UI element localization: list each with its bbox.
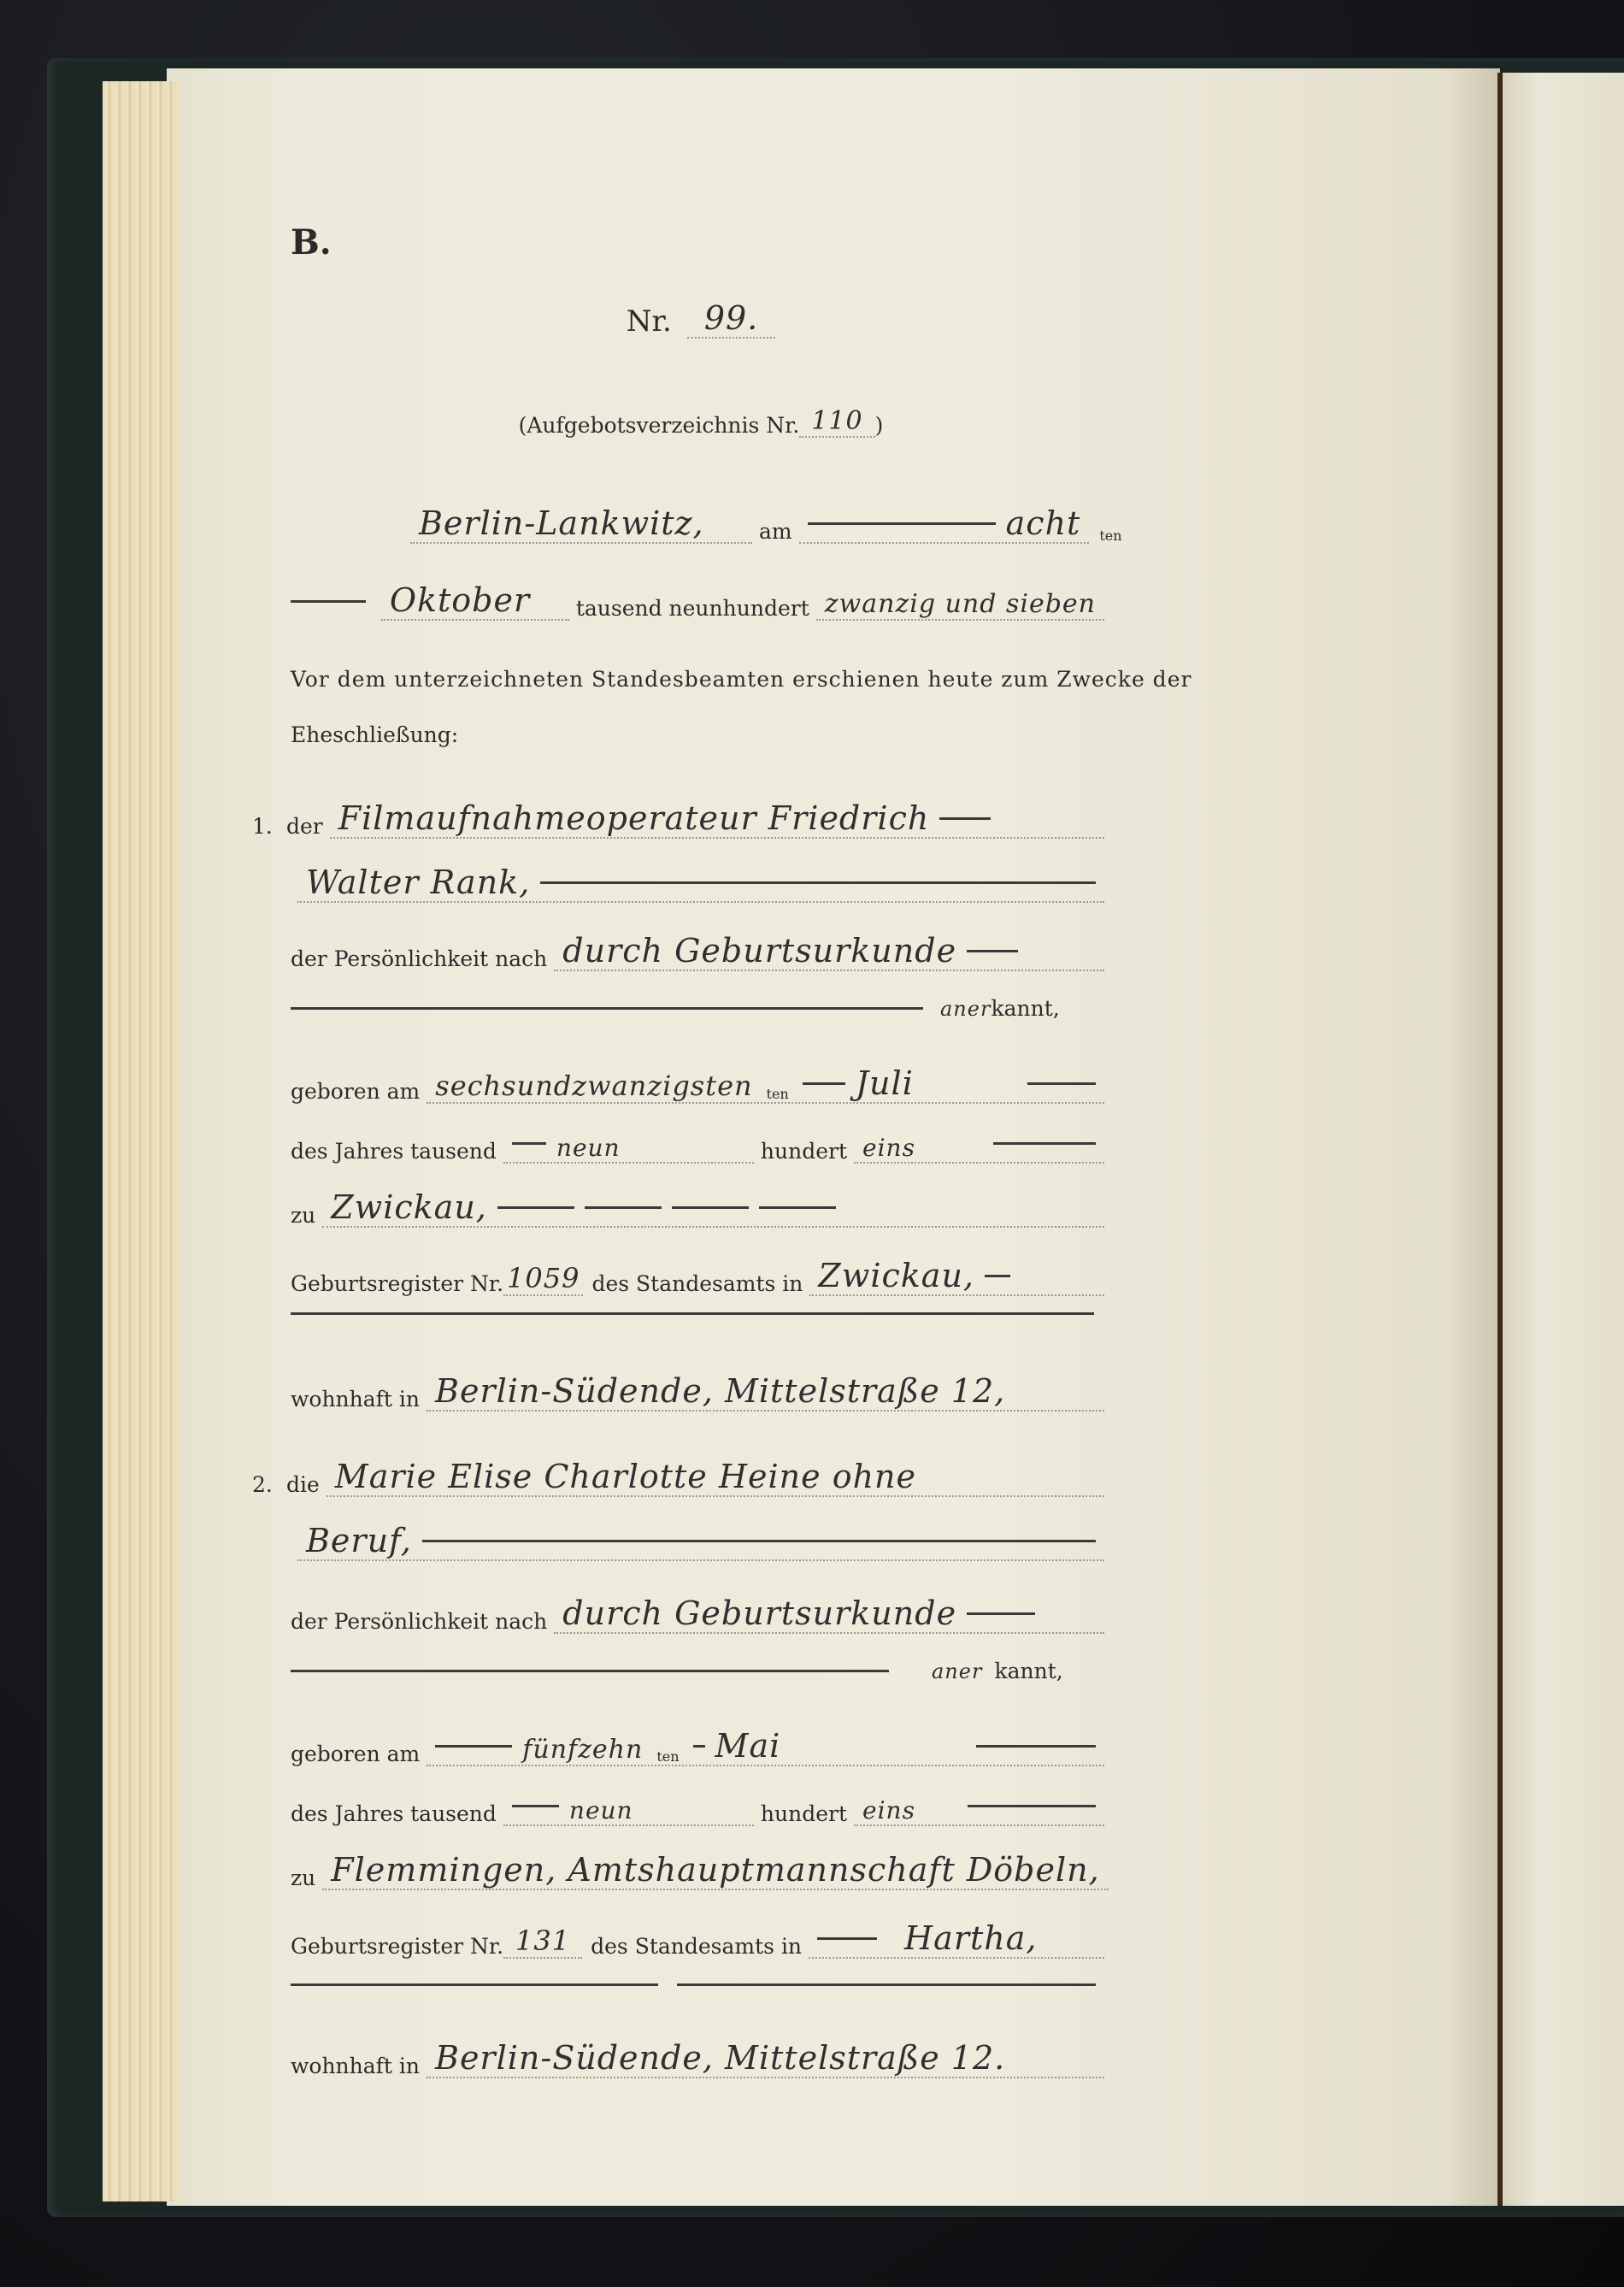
bride-blank-row <box>291 1983 1111 1986</box>
bride-year-tail-field: eins <box>854 1787 1104 1826</box>
bride-birthplace-row: zu Flemmingen, Amtshauptmannschaft Döbel… <box>291 1851 1111 1890</box>
filler-dash <box>677 1983 1096 1986</box>
filler-dash <box>291 600 366 603</box>
groom-year-label: des Jahres tausend <box>291 1139 497 1164</box>
groom-born-month: Juli <box>856 1064 914 1102</box>
intro-text-2: Eheschließung: <box>291 722 458 747</box>
groom-residence-label: wohnhaft in <box>291 1387 420 1412</box>
groom-born-day-suffix: ten <box>767 1086 789 1102</box>
banns-register-label: (Aufgebotsverzeichnis Nr. <box>519 413 800 438</box>
groom-name-row-1: 1. der Filmaufnahmeoperateur Friedrich <box>252 799 1111 839</box>
groom-born-row: geboren am sechsundzwanzigsten ten Juli <box>291 1064 1111 1104</box>
groom-identity-field: durch Geburtsurkunde <box>554 932 1104 971</box>
bride-known-prefix: aner <box>932 1659 982 1683</box>
page-edges <box>103 81 179 2202</box>
bride-residence: Berlin-Südende, Mittelstraße 12. <box>435 2039 1005 2077</box>
filler-dash <box>967 1612 1035 1615</box>
groom-registry-office-label: des Standesamts in <box>591 1271 803 1296</box>
bride-identity-label: der Persönlichkeit nach <box>291 1609 547 1634</box>
bride-identity-row: der Persönlichkeit nach durch Geburtsurk… <box>291 1594 1111 1634</box>
filler-dash <box>512 1142 546 1145</box>
bride-name-field-2: Beruf, <box>297 1522 1104 1561</box>
bride-year-field: neun <box>503 1787 754 1826</box>
filler-dash <box>817 1937 877 1940</box>
bride-identity-field: durch Geburtsurkunde <box>554 1594 1104 1634</box>
banns-register-row: (Aufgebotsverzeichnis Nr. 110 ) <box>291 406 1111 438</box>
groom-article: der <box>286 814 323 839</box>
bride-born-row: geboren am fünfzehn ten Mai <box>291 1727 1111 1766</box>
intro-line-2: Eheschließung: <box>291 722 1111 747</box>
bride-name-row-2: Beruf, <box>291 1522 1111 1561</box>
intro-text-1: Vor dem unterzeichneten Standesbeamten e… <box>291 667 1192 692</box>
groom-hundert-label: hundert <box>761 1139 847 1164</box>
month-value: Oktober <box>390 581 530 619</box>
bride-registry-office-field: Hartha, <box>809 1919 1104 1959</box>
groom-residence: Berlin-Südende, Mittelstraße 12, <box>435 1372 1005 1410</box>
filler-dash <box>985 1275 1010 1277</box>
filler-dash <box>422 1540 1096 1542</box>
intro-line-1: Vor dem unterzeichneten Standesbeamten e… <box>291 667 1111 692</box>
bride-index: 2. <box>252 1472 286 1497</box>
bride-born-label: geboren am <box>291 1742 420 1766</box>
day-suffix: ten <box>1099 528 1121 544</box>
year-prefix: tausend neunhundert <box>576 596 809 621</box>
groom-year-tail: eins <box>862 1134 915 1162</box>
filler-dash <box>672 1206 749 1209</box>
bride-birth-register-row: Geburtsregister Nr. 131 des Standesamts … <box>291 1919 1111 1959</box>
bride-known-row: aner kannt, <box>291 1659 1111 1683</box>
banns-register-close: ) <box>875 413 884 438</box>
groom-birth-register-number: 1059 <box>503 1262 583 1296</box>
groom-known-row: aner kannt, <box>291 996 1111 1021</box>
number-label: Nr. <box>627 304 672 339</box>
groom-name-field: Filmaufnahmeoperateur Friedrich <box>330 799 1104 839</box>
bride-identity-value: durch Geburtsurkunde <box>562 1594 956 1632</box>
month-field: Oktober <box>381 581 569 621</box>
bride-registry-office: Hartha, <box>904 1919 1037 1957</box>
bride-born-month: Mai <box>715 1727 781 1765</box>
groom-known-suffix: kannt, <box>991 996 1059 1021</box>
filler-dash <box>497 1206 574 1209</box>
filler-dash <box>803 1082 845 1085</box>
groom-registry-office-field: Zwickau, <box>809 1257 1104 1296</box>
bride-name-row-1: 2. die Marie Elise Charlotte Heine ohne <box>252 1458 1111 1497</box>
bride-year-row: des Jahres tausend neun hundert eins <box>291 1787 1111 1826</box>
filler-dash <box>808 522 996 525</box>
groom-year-row: des Jahres tausend neun hundert eins <box>291 1124 1111 1164</box>
groom-identity-row: der Persönlichkeit nach durch Geburtsurk… <box>291 932 1111 971</box>
groom-residence-row: wohnhaft in Berlin-Südende, Mittelstraße… <box>291 1372 1111 1412</box>
year-value: zwanzig und sieben <box>825 589 1096 619</box>
record-number-row: Nr. 99. <box>291 299 1111 339</box>
year-field: zwanzig und sieben <box>816 581 1104 621</box>
groom-born-label: geboren am <box>291 1079 420 1104</box>
bride-born-day-suffix: ten <box>656 1748 679 1765</box>
filler-dash <box>291 1312 1094 1315</box>
banns-register-number: 110 <box>799 406 874 438</box>
filler-dash <box>291 1007 923 1010</box>
bride-place-label: zu <box>291 1866 315 1890</box>
groom-birth-register-label: Geburtsregister Nr. <box>291 1271 503 1296</box>
filler-dash <box>585 1206 662 1209</box>
groom-born-field: sechsundzwanzigsten ten Juli <box>427 1064 1104 1104</box>
place-date-row: Berlin-Lankwitz, am acht ten <box>291 504 1111 544</box>
groom-blank-row <box>291 1312 1111 1315</box>
bride-hundert-label: hundert <box>761 1801 847 1826</box>
bride-year-label: des Jahres tausend <box>291 1801 497 1826</box>
filler-dash <box>967 950 1018 952</box>
bride-name-line-2: Beruf, <box>306 1522 412 1559</box>
bride-residence-label: wohnhaft in <box>291 2054 420 2078</box>
groom-year-field: neun <box>503 1124 754 1164</box>
filler-dash <box>939 817 991 820</box>
filler-dash <box>291 1983 658 1986</box>
filler-dash <box>976 1745 1096 1748</box>
bride-birth-register-label: Geburtsregister Nr. <box>291 1934 503 1959</box>
filler-dash <box>759 1206 836 1209</box>
place-value: Berlin-Lankwitz, <box>419 504 704 542</box>
facing-page <box>1503 73 1624 2206</box>
date-am-label: am <box>759 519 792 544</box>
bride-birth-register-number: 131 <box>503 1924 582 1959</box>
groom-birthplace: Zwickau, <box>331 1188 487 1226</box>
place-field: Berlin-Lankwitz, <box>410 504 752 544</box>
section-letter: B. <box>291 222 332 262</box>
record-number: 99. <box>687 299 775 339</box>
bride-born-day: fünfzehn <box>522 1735 643 1765</box>
groom-residence-field: Berlin-Südende, Mittelstraße 12, <box>427 1372 1104 1412</box>
groom-identity-value: durch Geburtsurkunde <box>562 932 956 970</box>
bride-article: die <box>286 1472 320 1497</box>
groom-name-row-2: Walter Rank, <box>291 864 1111 903</box>
filler-dash <box>968 1805 1096 1807</box>
bride-born-field: fünfzehn ten Mai <box>427 1727 1104 1766</box>
groom-name-field-2: Walter Rank, <box>297 864 1104 903</box>
filler-dash <box>1027 1082 1096 1085</box>
groom-name-line-2: Walter Rank, <box>306 864 530 901</box>
groom-birth-register-row: Geburtsregister Nr. 1059 des Standesamts… <box>291 1257 1111 1296</box>
month-year-row: Oktober tausend neunhundert zwanzig und … <box>291 581 1111 621</box>
groom-identity-label: der Persönlichkeit nach <box>291 946 547 971</box>
day-field: acht <box>799 504 1090 544</box>
bride-year-hundreds: neun <box>569 1796 633 1824</box>
groom-birthplace-row: zu Zwickau, <box>291 1188 1111 1228</box>
bride-birthplace: Flemmingen, Amtshauptmannschaft Döbeln, <box>331 1851 1099 1889</box>
bride-known-suffix: kannt, <box>994 1659 1062 1683</box>
day-value: acht <box>1006 504 1081 542</box>
bride-residence-field: Berlin-Südende, Mittelstraße 12. <box>427 2039 1104 2078</box>
bride-year-tail: eins <box>862 1796 915 1824</box>
bride-name-field: Marie Elise Charlotte Heine ohne <box>327 1458 1104 1497</box>
groom-index: 1. <box>252 814 286 839</box>
groom-year-hundreds: neun <box>556 1134 621 1162</box>
bride-residence-row: wohnhaft in Berlin-Südende, Mittelstraße… <box>291 2039 1111 2078</box>
bride-birthplace-field: Flemmingen, Amtshauptmannschaft Döbeln, <box>322 1851 1108 1890</box>
filler-dash <box>540 881 1096 884</box>
filler-dash <box>512 1805 559 1807</box>
groom-registry-office: Zwickau, <box>818 1257 974 1294</box>
filler-dash <box>693 1745 705 1748</box>
filler-dash <box>435 1745 512 1748</box>
filler-dash <box>993 1142 1096 1145</box>
bride-registry-office-label: des Standesamts in <box>591 1934 802 1959</box>
bride-name-line-1: Marie Elise Charlotte Heine ohne <box>335 1458 916 1495</box>
groom-name-line-1: Filmaufnahmeoperateur Friedrich <box>338 799 930 837</box>
groom-place-label: zu <box>291 1203 315 1228</box>
groom-year-tail-field: eins <box>854 1124 1104 1164</box>
groom-born-day: sechsundzwanzigsten <box>435 1070 752 1102</box>
groom-known-prefix: aner <box>940 997 991 1021</box>
groom-birthplace-field: Zwickau, <box>322 1188 1104 1228</box>
filler-dash <box>291 1670 889 1672</box>
